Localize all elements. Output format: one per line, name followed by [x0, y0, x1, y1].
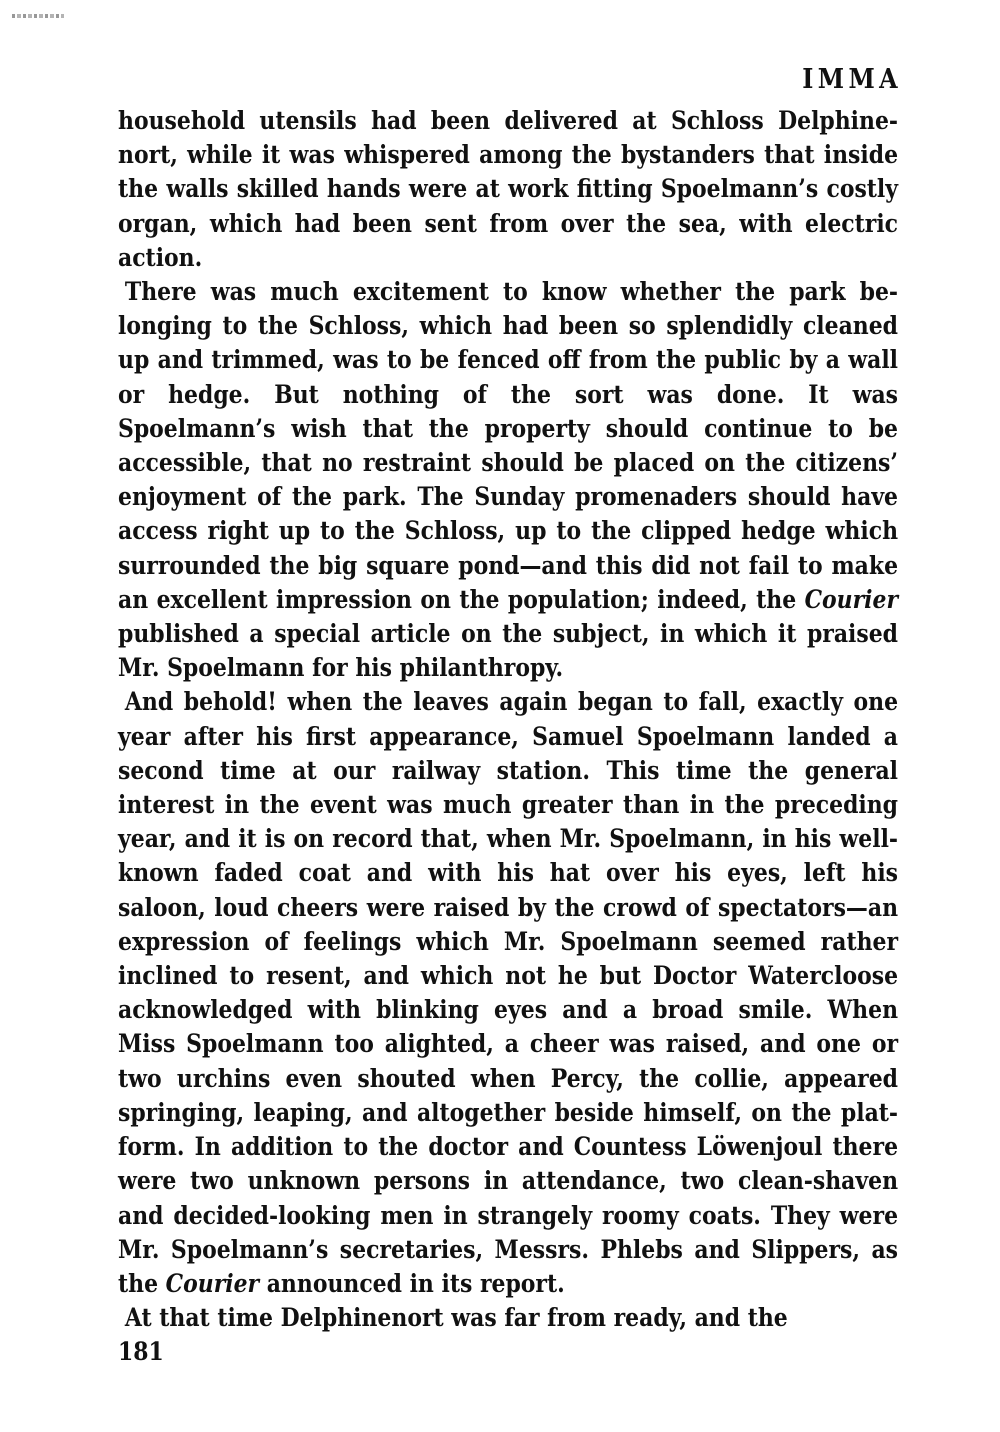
paragraph-2-text-b: published a special article on the subje… — [118, 619, 898, 683]
book-page: IMMA household utensils had been deliver… — [118, 60, 898, 1369]
scan-artifact — [12, 14, 64, 18]
page-number: 181 — [118, 1335, 789, 1369]
newspaper-title-courier: Courier — [166, 1269, 259, 1299]
paragraph-3-text-a: And behold! when the leaves again began … — [118, 687, 898, 1298]
body-text: household utensils had been delivered at… — [118, 104, 898, 1335]
paragraph-1-text: household utensils had been delivered at… — [118, 106, 898, 273]
running-head: IMMA — [212, 60, 902, 100]
paragraph-1: household utensils had been delivered at… — [118, 104, 898, 275]
paragraph-2-text-a: There was much excitement to know whethe… — [118, 277, 898, 615]
paragraph-4-text: At that time Delphinenort was far from r… — [125, 1303, 788, 1333]
paragraph-3: And behold! when the leaves again began … — [118, 685, 898, 1301]
paragraph-4: At that time Delphinenort was far from r… — [118, 1301, 898, 1335]
newspaper-title-courier: Courier — [805, 585, 898, 615]
paragraph-2: There was much excitement to know whethe… — [118, 275, 898, 685]
paragraph-3-text-b: announced in its report. — [259, 1269, 565, 1299]
